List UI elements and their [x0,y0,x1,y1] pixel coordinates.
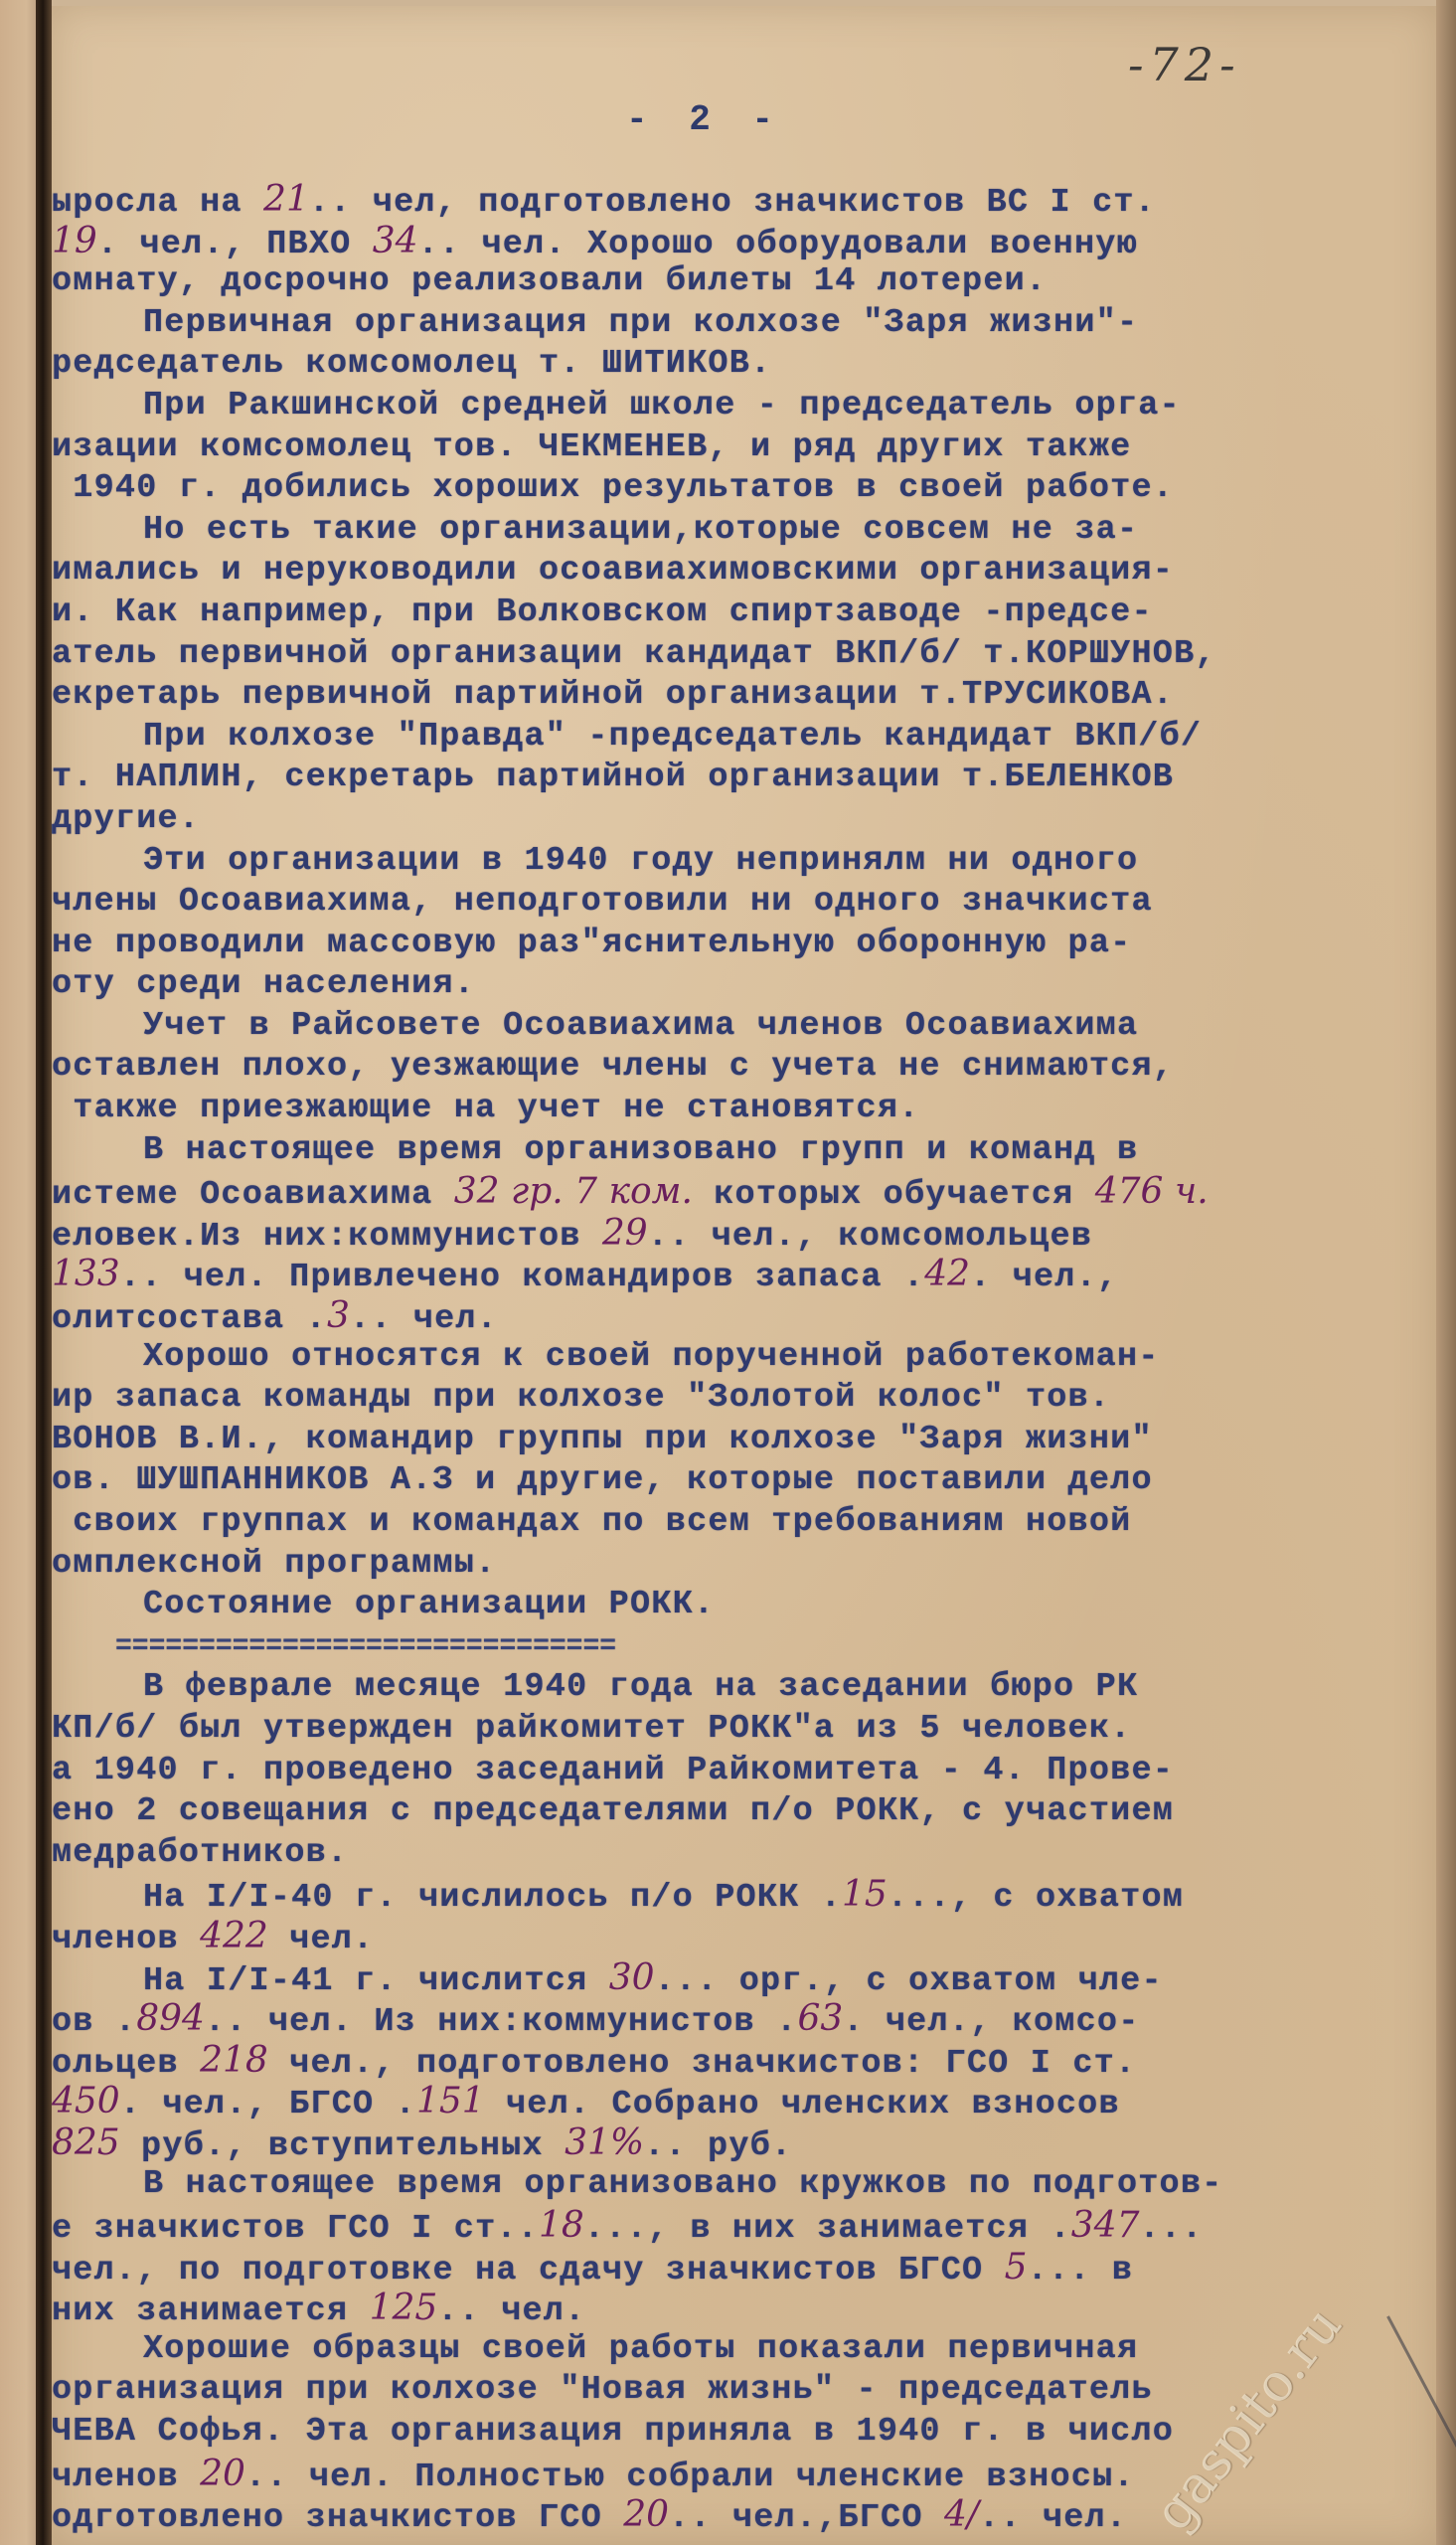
typed-text: атель первичной организации кандидат ВКП… [52,635,1216,673]
typed-text: 1940 г. добились хороших результатов в с… [52,469,1174,507]
text-line: На I/I-40 г. числилось п/о РОКК .15..., … [52,1874,1413,1916]
typed-text: ВОНОВ В.И., командир группы при колхозе … [52,1421,1153,1458]
typed-text: оставлен плохо, уезжающие члены с учета … [52,1048,1174,1086]
text-line: На I/I-41 г. числится 30... орг., с охва… [52,1957,1413,1999]
text-line: члены Осоавиахима, неподготовили ни одно… [52,882,1413,924]
typed-text: екретарь первичной партийной организации… [52,676,1174,714]
handwritten-number: 20 [623,2494,669,2535]
handwritten-number: 151 [416,2081,485,2121]
text-line: т. НАПЛИН, секретарь партийной организац… [52,758,1413,799]
typed-text: омнату, досрочно реализовали билеты 14 л… [52,262,1047,300]
typed-text: членов [52,1921,200,1958]
typed-text: чел. Собрано членских взносов [485,2086,1120,2123]
handwritten-number: 31% [565,2122,644,2163]
typed-text: Эти организации в 1940 году непринялм ни… [143,842,1138,880]
typed-text: . чел., ПВХО [97,226,373,263]
text-line: ов .894.. чел. Из них:коммунистов .63. ч… [52,1998,1413,2040]
typed-text: При колхозе "Правда" -председатель канди… [143,718,1202,756]
typed-text: руб., вступительных [120,2127,565,2165]
text-line: истеме Осоавиахима 32 гр. 7 ком. которых… [52,1171,1413,1213]
text-line: ыросла на 21.. чел, подготовлено значкис… [52,179,1413,221]
typed-text: членов [52,2459,200,2496]
typed-text: истеме Осоавиахима [52,1176,454,1214]
handwritten-number: 15 [842,1874,888,1915]
handwritten-number: 894 [136,1998,205,2039]
typed-text: .. чел. Полностью собрали членские взнос… [245,2459,1135,2496]
text-line: Хорошие образцы своей работы показали пе… [52,2329,1413,2371]
typed-text: Состояние организации РОКК. [143,1586,715,1623]
typed-text: . чел., [970,1259,1118,1296]
typed-text: КП/б/ был утвержден райкомитет РОКК"а из… [52,1710,1131,1748]
text-line: ир запаса команды при колхозе "Золотой к… [52,1378,1413,1420]
handwritten-number: 19 [52,221,97,261]
text-line: олитсостава .3.. чел. [52,1295,1413,1337]
text-line: атель первичной организации кандидат ВКП… [52,634,1413,676]
typed-text: организация при колхозе "Новая жизнь" - … [52,2371,1153,2409]
typed-text: олитсостава . [52,1300,327,1338]
typed-text: При Ракшинской средней школе - председат… [143,387,1181,424]
handwritten-number: 218 [200,2040,268,2081]
typed-text: .. чел. [437,2292,585,2330]
text-line: 133.. чел. Привлечено командиров запаса … [52,1254,1413,1295]
handwritten-number: 5 [1005,2247,1028,2288]
adjacent-page-edge [0,0,38,2545]
text-line: В настоящее время организовано групп и к… [52,1130,1413,1172]
text-line: Эти организации в 1940 году непринялм ни… [52,841,1413,883]
typed-text: ир запаса команды при колхозе "Золотой к… [52,1379,1110,1417]
text-line: омплексной программы. [52,1544,1413,1586]
typed-text: и. Как например, при Волковском спиртзав… [52,594,1153,631]
handwritten-number: 476 ч. [1095,1171,1209,1212]
text-line: В феврале месяце 1940 года на заседании … [52,1667,1413,1709]
typed-text: .. чел. Хорошо оборудовали военную [418,226,1138,263]
handwritten-number: 32 гр. 7 ком. [454,1171,693,1212]
text-line: чел., по подготовке на сдачу значкистов … [52,2247,1413,2289]
typed-text: также приезжающие на учет не становятся. [52,1090,919,1127]
typed-text: Первичная организация при колхозе "Заря … [143,304,1138,342]
text-line: омнату, досрочно реализовали билеты 14 л… [52,261,1413,303]
typed-text: ... [1140,2210,1204,2248]
heading-underline: ============================== [52,1626,1413,1668]
text-line: КП/б/ был утвержден райкомитет РОКК"а из… [52,1709,1413,1751]
handwritten-number: 20 [200,2454,245,2494]
handwritten-number: 34 [373,221,418,261]
typed-text: е значкистов ГСО I ст.. [52,2210,539,2248]
typed-text: члены Осоавиахима, неподготовили ни одно… [52,883,1153,921]
typed-text: ..., в них занимается . [584,2210,1071,2248]
typed-text: еловек.Из них:коммунистов [52,1218,602,1256]
handwritten-number: 125 [370,2288,438,2328]
handwritten-number: 29 [602,1213,648,1254]
page-right-edge [1436,0,1456,2545]
typed-text: изации комсомолец тов. ЧЕКМЕНЕВ, и ряд д… [52,428,1131,466]
typed-text: ЧЕВА Софья. Эта организация приняла в 19… [52,2413,1174,2451]
typed-text: ыросла на [52,184,263,222]
text-line: ено 2 совещания с председателями п/о РОК… [52,1791,1413,1833]
typed-text: .. чел. Из них:коммунистов . [205,2003,798,2041]
text-line: редседатель комсомолец т. ШИТИКОВ. [52,344,1413,386]
text-line: 19. чел., ПВХО 34.. чел. Хорошо оборудов… [52,221,1413,262]
text-line: Первичная организация при колхозе "Заря … [52,303,1413,345]
typed-text: ов. ШУШПАННИКОВ А.З и другие, которые по… [52,1461,1153,1499]
typed-text: .. чел. [350,1300,498,1338]
typed-text: имались и неруководили осоавиахимовскими… [52,552,1174,590]
typed-text: омплексной программы. [52,1545,496,1583]
text-line: также приезжающие на учет не становятся. [52,1089,1413,1130]
typed-text: На I/I-40 г. числилось п/о РОКК . [143,1879,842,1917]
typed-text: В феврале месяце 1940 года на заседании … [143,1668,1138,1706]
text-line: 450. чел., БГСО .151 чел. Собрано членск… [52,2081,1413,2122]
text-line: 1940 г. добились хороших результатов в с… [52,468,1413,510]
typed-text: . чел., БГСО . [120,2086,416,2123]
text-line: оставлен плохо, уезжающие члены с учета … [52,1047,1413,1089]
typed-text: .. руб. [644,2127,792,2165]
typed-text: В настоящее время организовано кружков п… [143,2165,1222,2203]
typed-text: В настоящее время организовано групп и к… [143,1131,1138,1169]
handwritten-number: 133 [52,1254,120,1294]
text-line: е значкистов ГСО I ст..18..., в них зани… [52,2205,1413,2247]
text-line: имались и неруководили осоавиахимовскими… [52,551,1413,593]
text-line: При колхозе "Правда" -председатель канди… [52,717,1413,759]
typed-text: .. чел. Привлечено командиров запаса . [120,1259,925,1296]
typed-text: .. чел.,БГСО [669,2499,944,2537]
typed-text: а 1940 г. проведено заседаний Райкомитет… [52,1752,1174,1789]
typed-text: редседатель комсомолец т. ШИТИКОВ. [52,345,771,383]
typed-text: которых обучается [693,1176,1095,1214]
text-line: оту среди населения. [52,964,1413,1006]
handwritten-number: 825 [52,2122,120,2163]
typed-text: ено 2 совещания с председателями п/о РОК… [52,1792,1174,1830]
text-line: них занимается 125.. чел. [52,2288,1413,2329]
typed-text: Хорошие образцы своей работы показали пе… [143,2330,1138,2368]
typed-text: своих группах и командах по всем требова… [52,1503,1131,1541]
text-line: и. Как например, при Волковском спиртзав… [52,593,1413,634]
typed-text: ============================== [115,1631,616,1662]
typed-text: чел., по подготовке на сдачу значкистов … [52,2252,1005,2290]
handwritten-number: 422 [200,1916,268,1956]
text-line: ВОНОВ В.И., командир группы при колхозе … [52,1420,1413,1461]
typed-text: Хорошо относятся к своей порученной рабо… [143,1338,1160,1376]
text-line: Состояние организации РОКК. [52,1585,1413,1626]
typed-text: одготовлено значкистов ГСО [52,2499,623,2537]
text-line: членов 422 чел. [52,1916,1413,1957]
text-line: ов. ШУШПАННИКОВ А.З и другие, которые по… [52,1460,1413,1502]
handwritten-number: 21 [263,179,309,220]
handwritten-number: 18 [539,2205,584,2246]
text-line: а 1940 г. проведено заседаний Райкомитет… [52,1751,1413,1792]
typed-text: них занимается [52,2292,370,2330]
handwritten-number: 63 [797,1998,843,2039]
typed-text: ольцев [52,2045,200,2083]
typewritten-body: ыросла на 21.. чел, подготовлено значкис… [52,179,1413,2536]
text-line: медработников. [52,1833,1413,1875]
typed-text: не проводили массовую раз"яснительную об… [52,925,1131,962]
text-line: другие. [52,799,1413,841]
folio-number: -72- [1128,38,1241,91]
handwritten-number: 450 [52,2081,120,2121]
typed-text: т. НАПЛИН, секретарь партийной организац… [52,759,1174,796]
text-line: Учет в Райсовете Осоавиахима членов Осоа… [52,1006,1413,1048]
typed-text: чел. [268,1921,375,1958]
typed-text: Но есть такие организации,которые совсем… [143,511,1138,549]
typed-text: ..., с охватом [888,1879,1184,1917]
text-line: При Ракшинской средней школе - председат… [52,386,1413,427]
text-line: организация при колхозе "Новая жизнь" - … [52,2370,1413,2412]
text-line: еловек.Из них:коммунистов 29.. чел., ком… [52,1213,1413,1255]
handwritten-number: 42 [924,1254,970,1294]
text-line: Хорошо относятся к своей порученной рабо… [52,1337,1413,1379]
typed-text: чел., подготовлено значкистов: ГСО I ст. [268,2045,1136,2083]
binding-shadow [36,0,52,2545]
typed-text: другие. [52,800,200,838]
typed-text: ов . [52,2003,136,2041]
handwritten-number: 4/ [944,2494,979,2535]
typed-text: оту среди населения. [52,965,475,1003]
text-line: изации комсомолец тов. ЧЕКМЕНЕВ, и ряд д… [52,427,1413,469]
typed-text: медработников. [52,1834,348,1872]
text-line: В настоящее время организовано кружков п… [52,2164,1413,2206]
typed-text: .. чел, подготовлено значкистов ВС I ст. [309,184,1156,222]
page-number: - 2 - [626,99,783,140]
typed-text: Учет в Райсовете Осоавиахима членов Осоа… [143,1007,1138,1045]
text-line: не проводили массовую раз"яснительную об… [52,924,1413,965]
text-line: Но есть такие организации,которые совсем… [52,510,1413,552]
typed-text: .. чел., комсомольцев [648,1218,1092,1256]
text-line: своих группах и командах по всем требова… [52,1502,1413,1544]
typed-text: ... орг., с охватом чле- [655,1962,1163,2000]
typed-text: ... в [1028,2252,1134,2290]
handwritten-number: 30 [609,1957,655,1998]
text-line: ольцев 218 чел., подготовлено значкистов… [52,2040,1413,2082]
typed-text: На I/I-41 г. числится [143,1962,609,2000]
typed-text: .. чел. [979,2499,1127,2537]
text-line: екретарь первичной партийной организации… [52,675,1413,717]
handwritten-number: 347 [1071,2205,1140,2246]
typed-text: . чел., комсо- [843,2003,1139,2041]
handwritten-number: 3 [327,1295,350,1336]
text-line: 825 руб., вступительных 31%.. руб. [52,2122,1413,2164]
